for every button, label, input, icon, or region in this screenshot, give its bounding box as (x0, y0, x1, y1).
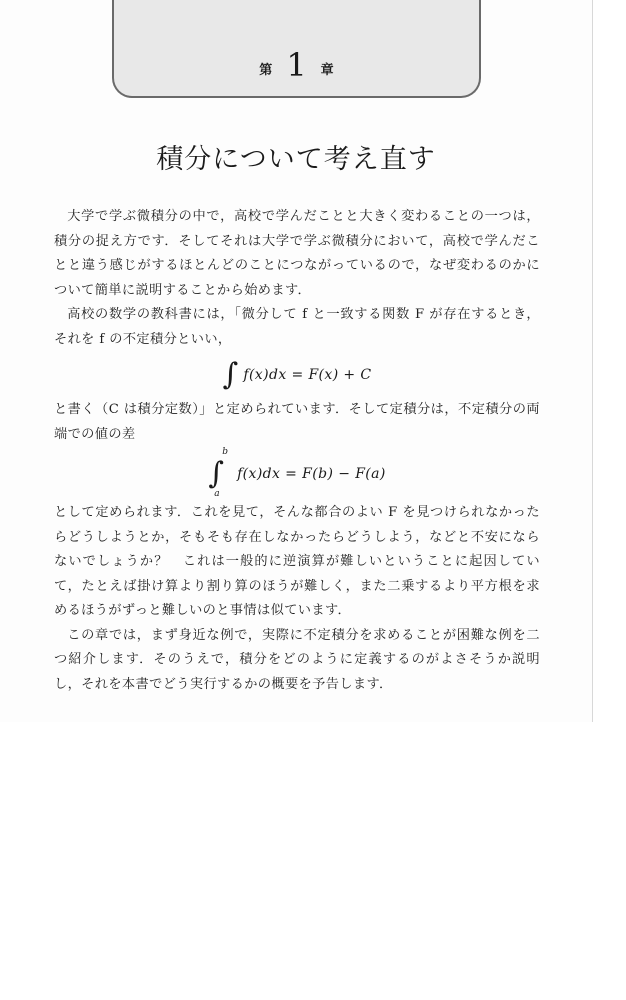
chapter-number: 1 (286, 50, 306, 80)
equation-expression: f(x)dx = F(x) + C (243, 367, 371, 383)
chapter-heading-box: 第1章 (112, 0, 481, 98)
lower-limit: a (214, 489, 220, 499)
paragraph-textbook-definition: 高校の数学の教科書には，「微分して f と一致する関数 F が存在するとき，それ… (54, 303, 540, 352)
equation-expression: f(x)dx = F(b) − F(a) (237, 466, 386, 482)
book-page: 第1章 積分について考え直す 大学で学ぶ微積分の中で，高校で学んだことと大きく変… (0, 0, 593, 722)
chapter-label: 第1章 (114, 50, 479, 80)
paragraph-inverse-difficulty: として定められます．これを見て，そんな都合のよい F を見つけられなかったらどう… (54, 501, 540, 624)
integral-glyph: ∫ (208, 456, 224, 491)
equation-indefinite-integral: ∫ f(x)dx = F(x) + C (54, 352, 540, 398)
chapter-body: 大学で学ぶ微積分の中で，高校で学んだことと大きく変わることの一つは，積分の捉え方… (54, 205, 540, 697)
paragraph-definite-integral: と書く（C は積分定数）」と定められています．そして定積分は，不定積分の両端での… (54, 398, 540, 447)
chapter-title: 積分について考え直す (0, 137, 592, 176)
chapter-prefix: 第 (259, 59, 272, 78)
paragraph-chapter-overview: この章では，まず身近な例で，実際に不定積分を求めることが困難な例を二つ紹介します… (54, 624, 540, 698)
upper-limit: b (222, 447, 228, 457)
integral-sign-icon: ∫ (222, 352, 238, 398)
integral-sign-icon: ∫ba (208, 447, 224, 501)
chapter-suffix: 章 (321, 59, 334, 78)
equation-definite-integral: ∫ba f(x)dx = F(b) − F(a) (54, 447, 540, 501)
paragraph-intro: 大学で学ぶ微積分の中で，高校で学んだことと大きく変わることの一つは，積分の捉え方… (54, 205, 540, 303)
